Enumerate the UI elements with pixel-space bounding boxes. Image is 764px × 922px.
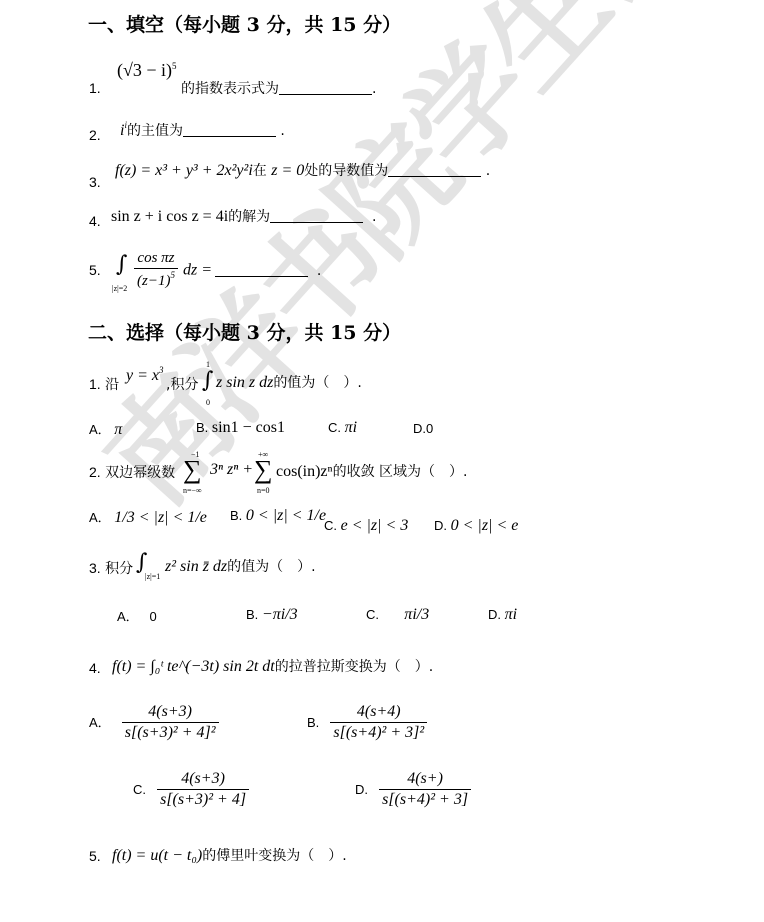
choice-q1-stem: 1. 沿 [89,374,119,394]
choice-q4-option-a[interactable]: A． 4(s+3)s[(s+3)² + 4]² [89,703,219,742]
answer-blank[interactable] [270,208,363,223]
choice-q4-option-c[interactable]: C. 4(s+3)s[(s+3)² + 4] [133,770,249,809]
choice-q3-text: z² sin z̄ dz的值为（ ）. [165,556,316,576]
fill-q5-number: 5. [89,262,101,278]
choice-q3-option-b[interactable]: B. −πi/3 [246,606,298,624]
fill-q1-text: 的指数表示式为. [181,78,376,98]
choice-q2-option-b[interactable]: B. 0 < |z| < 1/e [230,507,326,525]
choice-q2-text: cos(in)zⁿ的收敛 区域为（ ）. [276,461,467,481]
choice-q3-option-c[interactable]: C. πi/3 [366,606,429,624]
choice-q4-number: 4. [89,660,101,676]
choice-q1-option-b[interactable]: B. sin1 − cos1 [196,419,285,437]
choice-q5-number: 5. [89,848,101,864]
choice-q1-option-a[interactable]: A． π [89,419,122,439]
integral-sign: ∫ [116,252,127,277]
fill-q2-number: 2. [89,127,101,143]
fill-q3-number: 3. [89,174,101,190]
fill-q1-expression: (√3 − i)5 [117,60,177,81]
fill-q2-text: ii的主值为 . [120,120,285,140]
choice-q3-option-a[interactable]: A． 0 [117,606,157,625]
answer-blank[interactable] [279,80,372,95]
choice-q1-mid: ,积分 [166,374,198,394]
fill-q4-text: sin z + i cos z = 4i的解为 . [111,206,377,226]
choice-q2-option-a[interactable]: A． 1/3 < |z| < 1/e [89,507,207,527]
choice-q2-term-1: 3ⁿ zⁿ + [210,461,253,479]
choice-q1-curve: y = x3 [126,365,164,385]
choice-q2-sum-1: −1 ∑ n=−∞ [181,450,211,496]
fill-q1-number: 1. [89,80,101,96]
choice-q3-integral: ∫ |z|=1 [136,550,166,586]
answer-blank[interactable] [388,162,481,177]
choice-q1-option-d[interactable]: D.0 [413,421,433,436]
choice-q1-text: z sin z dz的值为（ ）. [216,372,362,392]
choice-q3-stem: 3. 积分 [89,558,133,578]
choice-q5-text: f(t) = u(t − t₀)的傅里叶变换为（ ）. [112,845,347,865]
choice-q4-option-d[interactable]: D. 4(s+)s[(s+4)² + 3] [355,770,471,809]
choice-q3-option-d[interactable]: D. πi [488,606,517,624]
fill-q3-text: f(z) = x³ + y³ + 2x²y²i在 z = 0处的导数值为 . [115,160,490,180]
answer-blank[interactable] [215,262,308,277]
choice-q4-text: f(t) = ∫₀ᵗ te^(−3t) sin 2t dt的拉普拉斯变换为（ ）… [112,656,433,676]
section-2-title: 二、选择（每小题 3 分，共 15 分） [88,318,401,345]
choice-q2-option-d[interactable]: D. 0 < |z| < e [434,517,518,535]
fill-q4-number: 4. [89,213,101,229]
choice-q2-option-c[interactable]: C. e < |z| < 3 [324,517,408,535]
answer-blank[interactable] [183,122,276,137]
choice-q4-option-b[interactable]: B. 4(s+4)s[(s+4)² + 3]² [307,703,427,742]
section-1-title: 一、填空（每小题 3 分，共 15 分） [88,10,401,37]
choice-q2-sum-2: +∞ ∑ n=0 [254,450,278,496]
fill-q5-blank: . [215,262,321,279]
exam-page: 一、填空（每小题 3 分，共 15 分） 1. (√3 − i)5 的指数表示式… [0,0,764,922]
choice-q2-stem: 2. 双边幂级数 [89,462,175,482]
choice-q1-option-c[interactable]: C. πi [328,419,357,437]
